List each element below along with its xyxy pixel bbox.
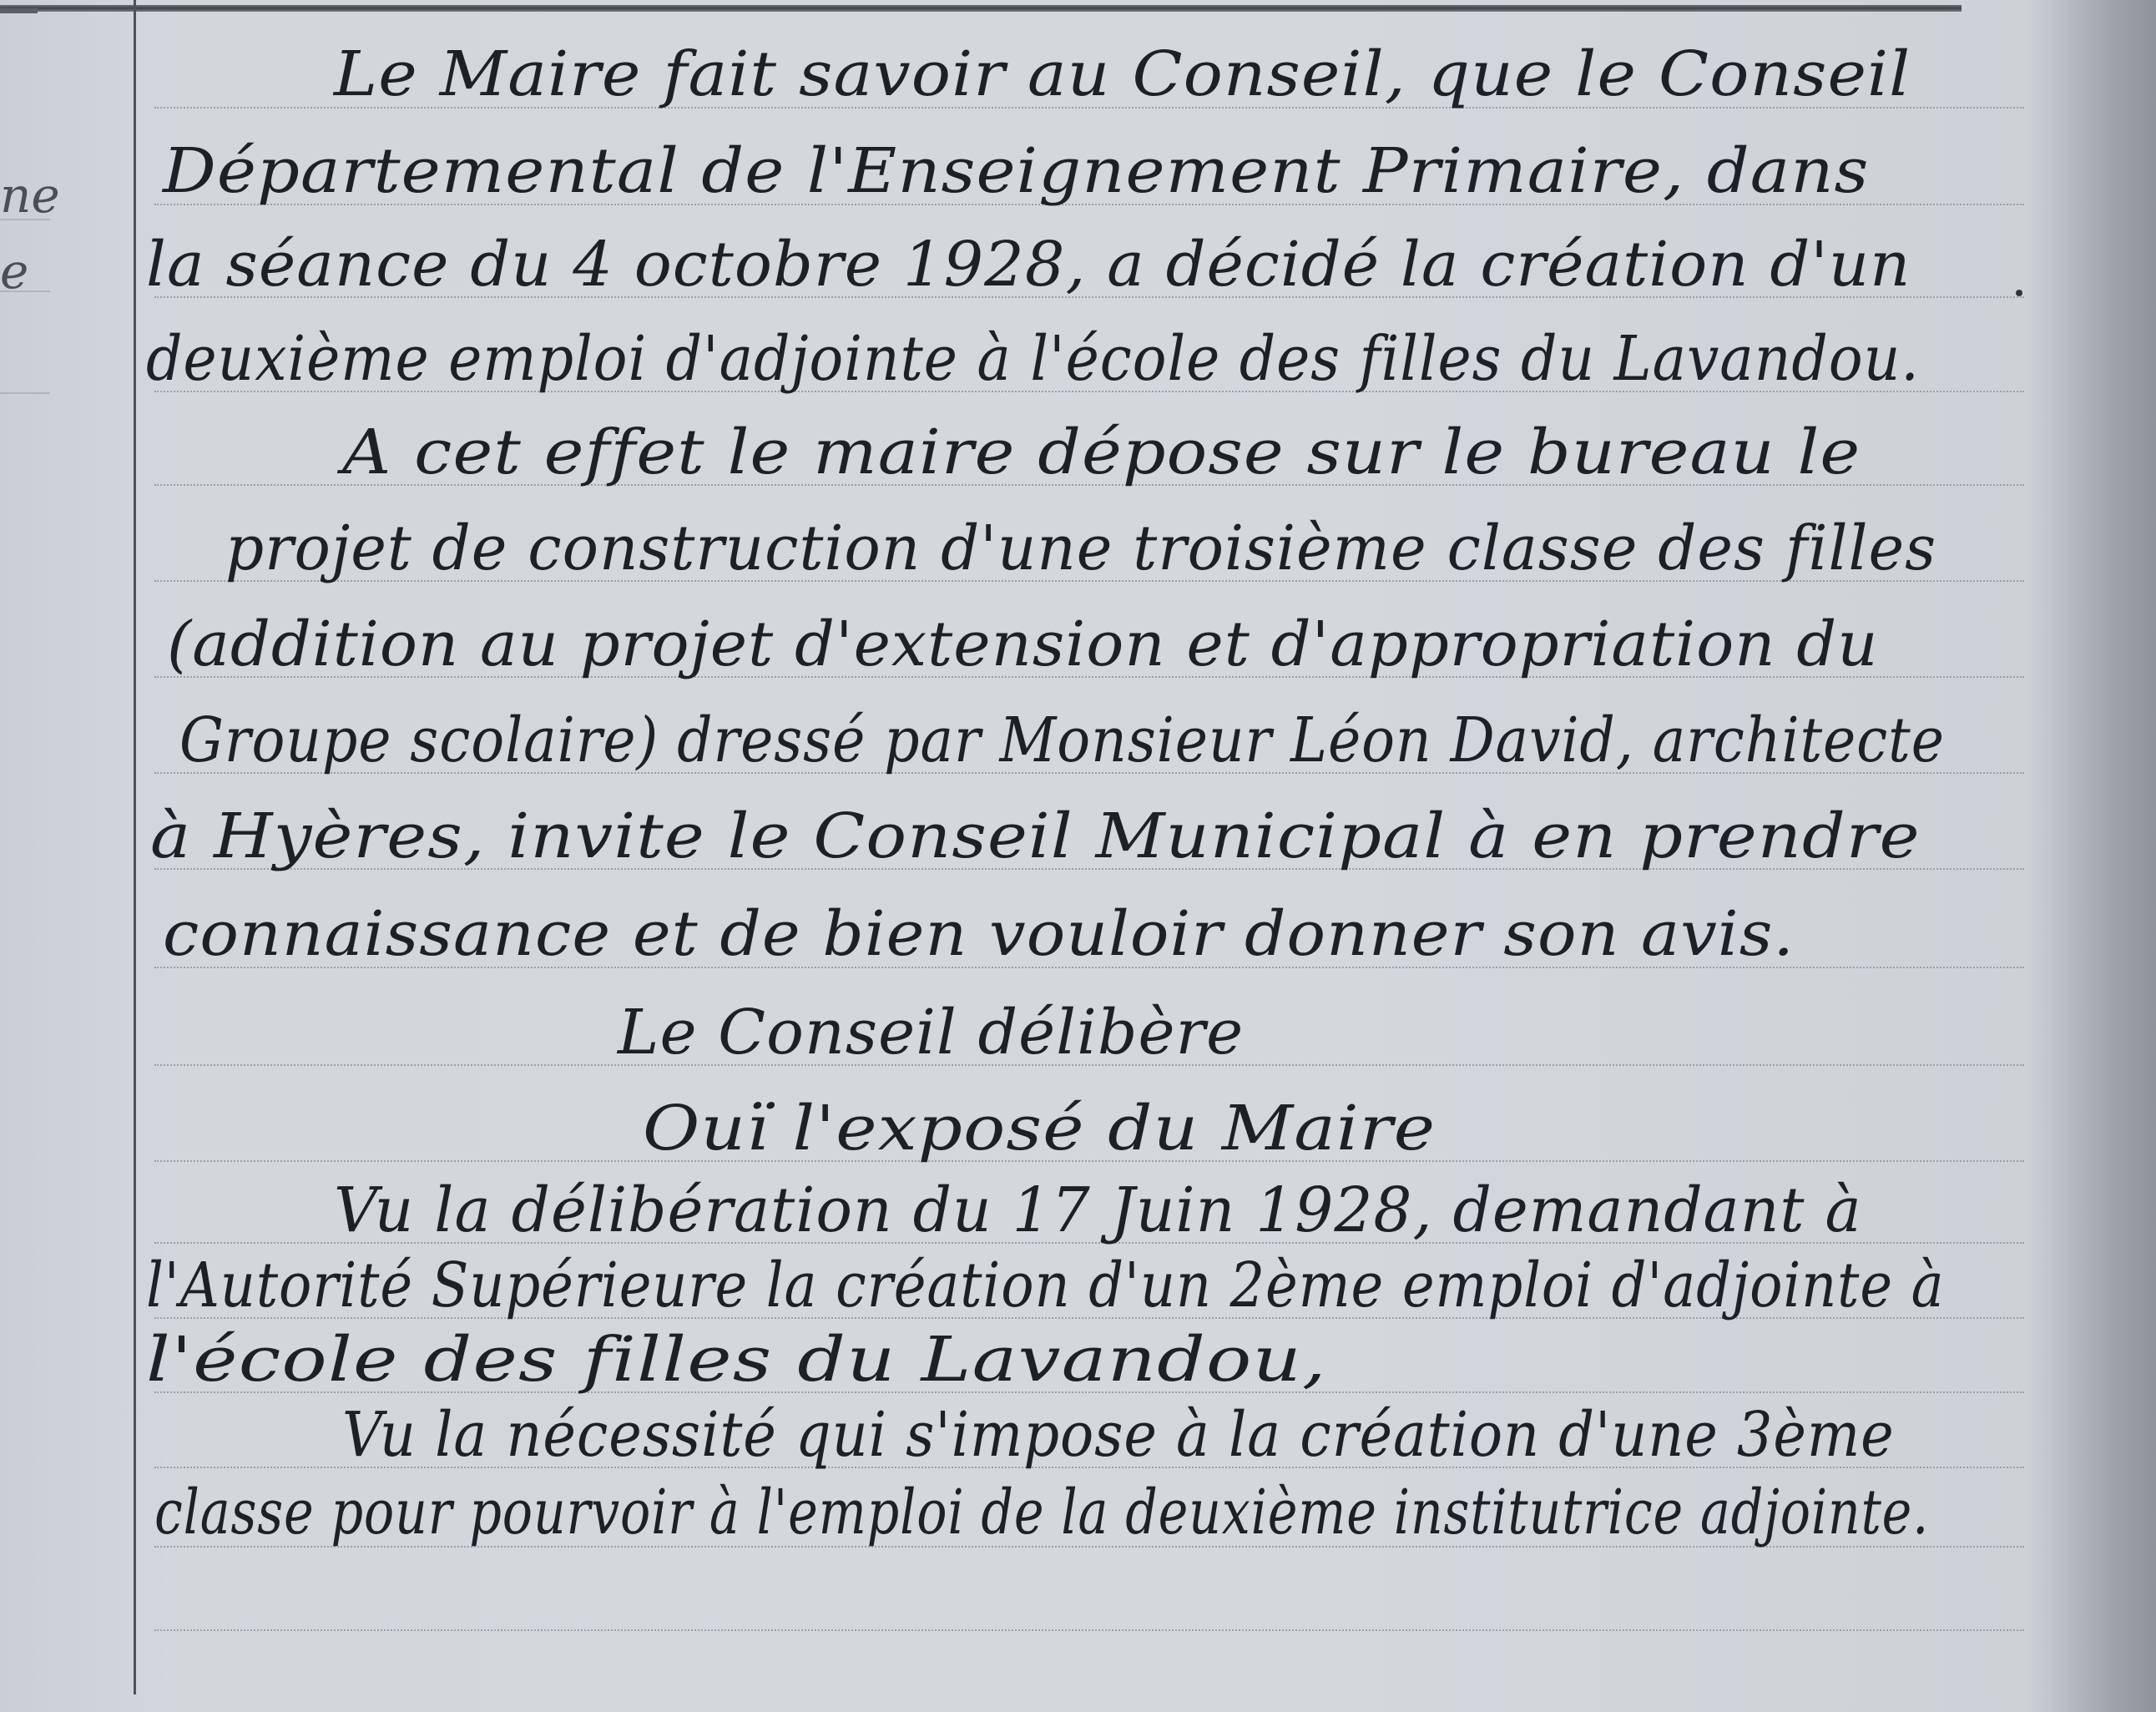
margin-line [0, 392, 50, 394]
text-line: l'Autorité Supérieure la création d'un 2… [146, 1255, 1945, 1316]
text-line: Vu la délibération du 17 Juin 1928, dema… [334, 1179, 1862, 1241]
page-top-border [0, 5, 1962, 12]
text-line: A cet effet le maire dépose sur le burea… [342, 422, 1861, 483]
text-line: (addition au projet d'extension et d'app… [167, 614, 1879, 675]
text-line: Groupe scolaire) dressé par Monsieur Léo… [179, 710, 1945, 771]
margin-fragment: ne [0, 171, 60, 220]
ink-dot [2016, 290, 2022, 296]
text-line: Le Maire fait savoir au Conseil, que le … [334, 43, 1911, 105]
text-line: l'école des filles du Lavandou, [146, 1329, 1327, 1391]
text-line: deuxième emploi d'adjointe à l'école des… [146, 328, 1920, 390]
section-heading: Le Conseil délibère [618, 1002, 1244, 1063]
text-line: Départemental de l'Enseignement Primaire… [163, 140, 1869, 202]
left-page-top-border [0, 8, 38, 13]
text-line: projet de construction d'une troisième c… [225, 518, 1936, 579]
register-page: ne e Le Maire fait savoir au Conseil, qu… [0, 0, 2156, 1712]
margin-rule [134, 0, 136, 1694]
text-line: connaissance et de bien vouloir donner s… [163, 903, 1795, 965]
text-line: classe pour pourvoir à l'emploi de la de… [154, 1482, 1929, 1543]
text-line: à Hyères, invite le Conseil Municipal à … [150, 805, 1921, 867]
margin-fragment: e [0, 247, 28, 295]
ruled-line [154, 1629, 2024, 1631]
section-heading: Ouï l'exposé du Maire [643, 1098, 1436, 1159]
text-line: la séance du 4 octobre 1928, a décidé la… [146, 234, 1911, 295]
text-line: Vu la nécessité qui s'impose à la créati… [342, 1404, 1895, 1466]
